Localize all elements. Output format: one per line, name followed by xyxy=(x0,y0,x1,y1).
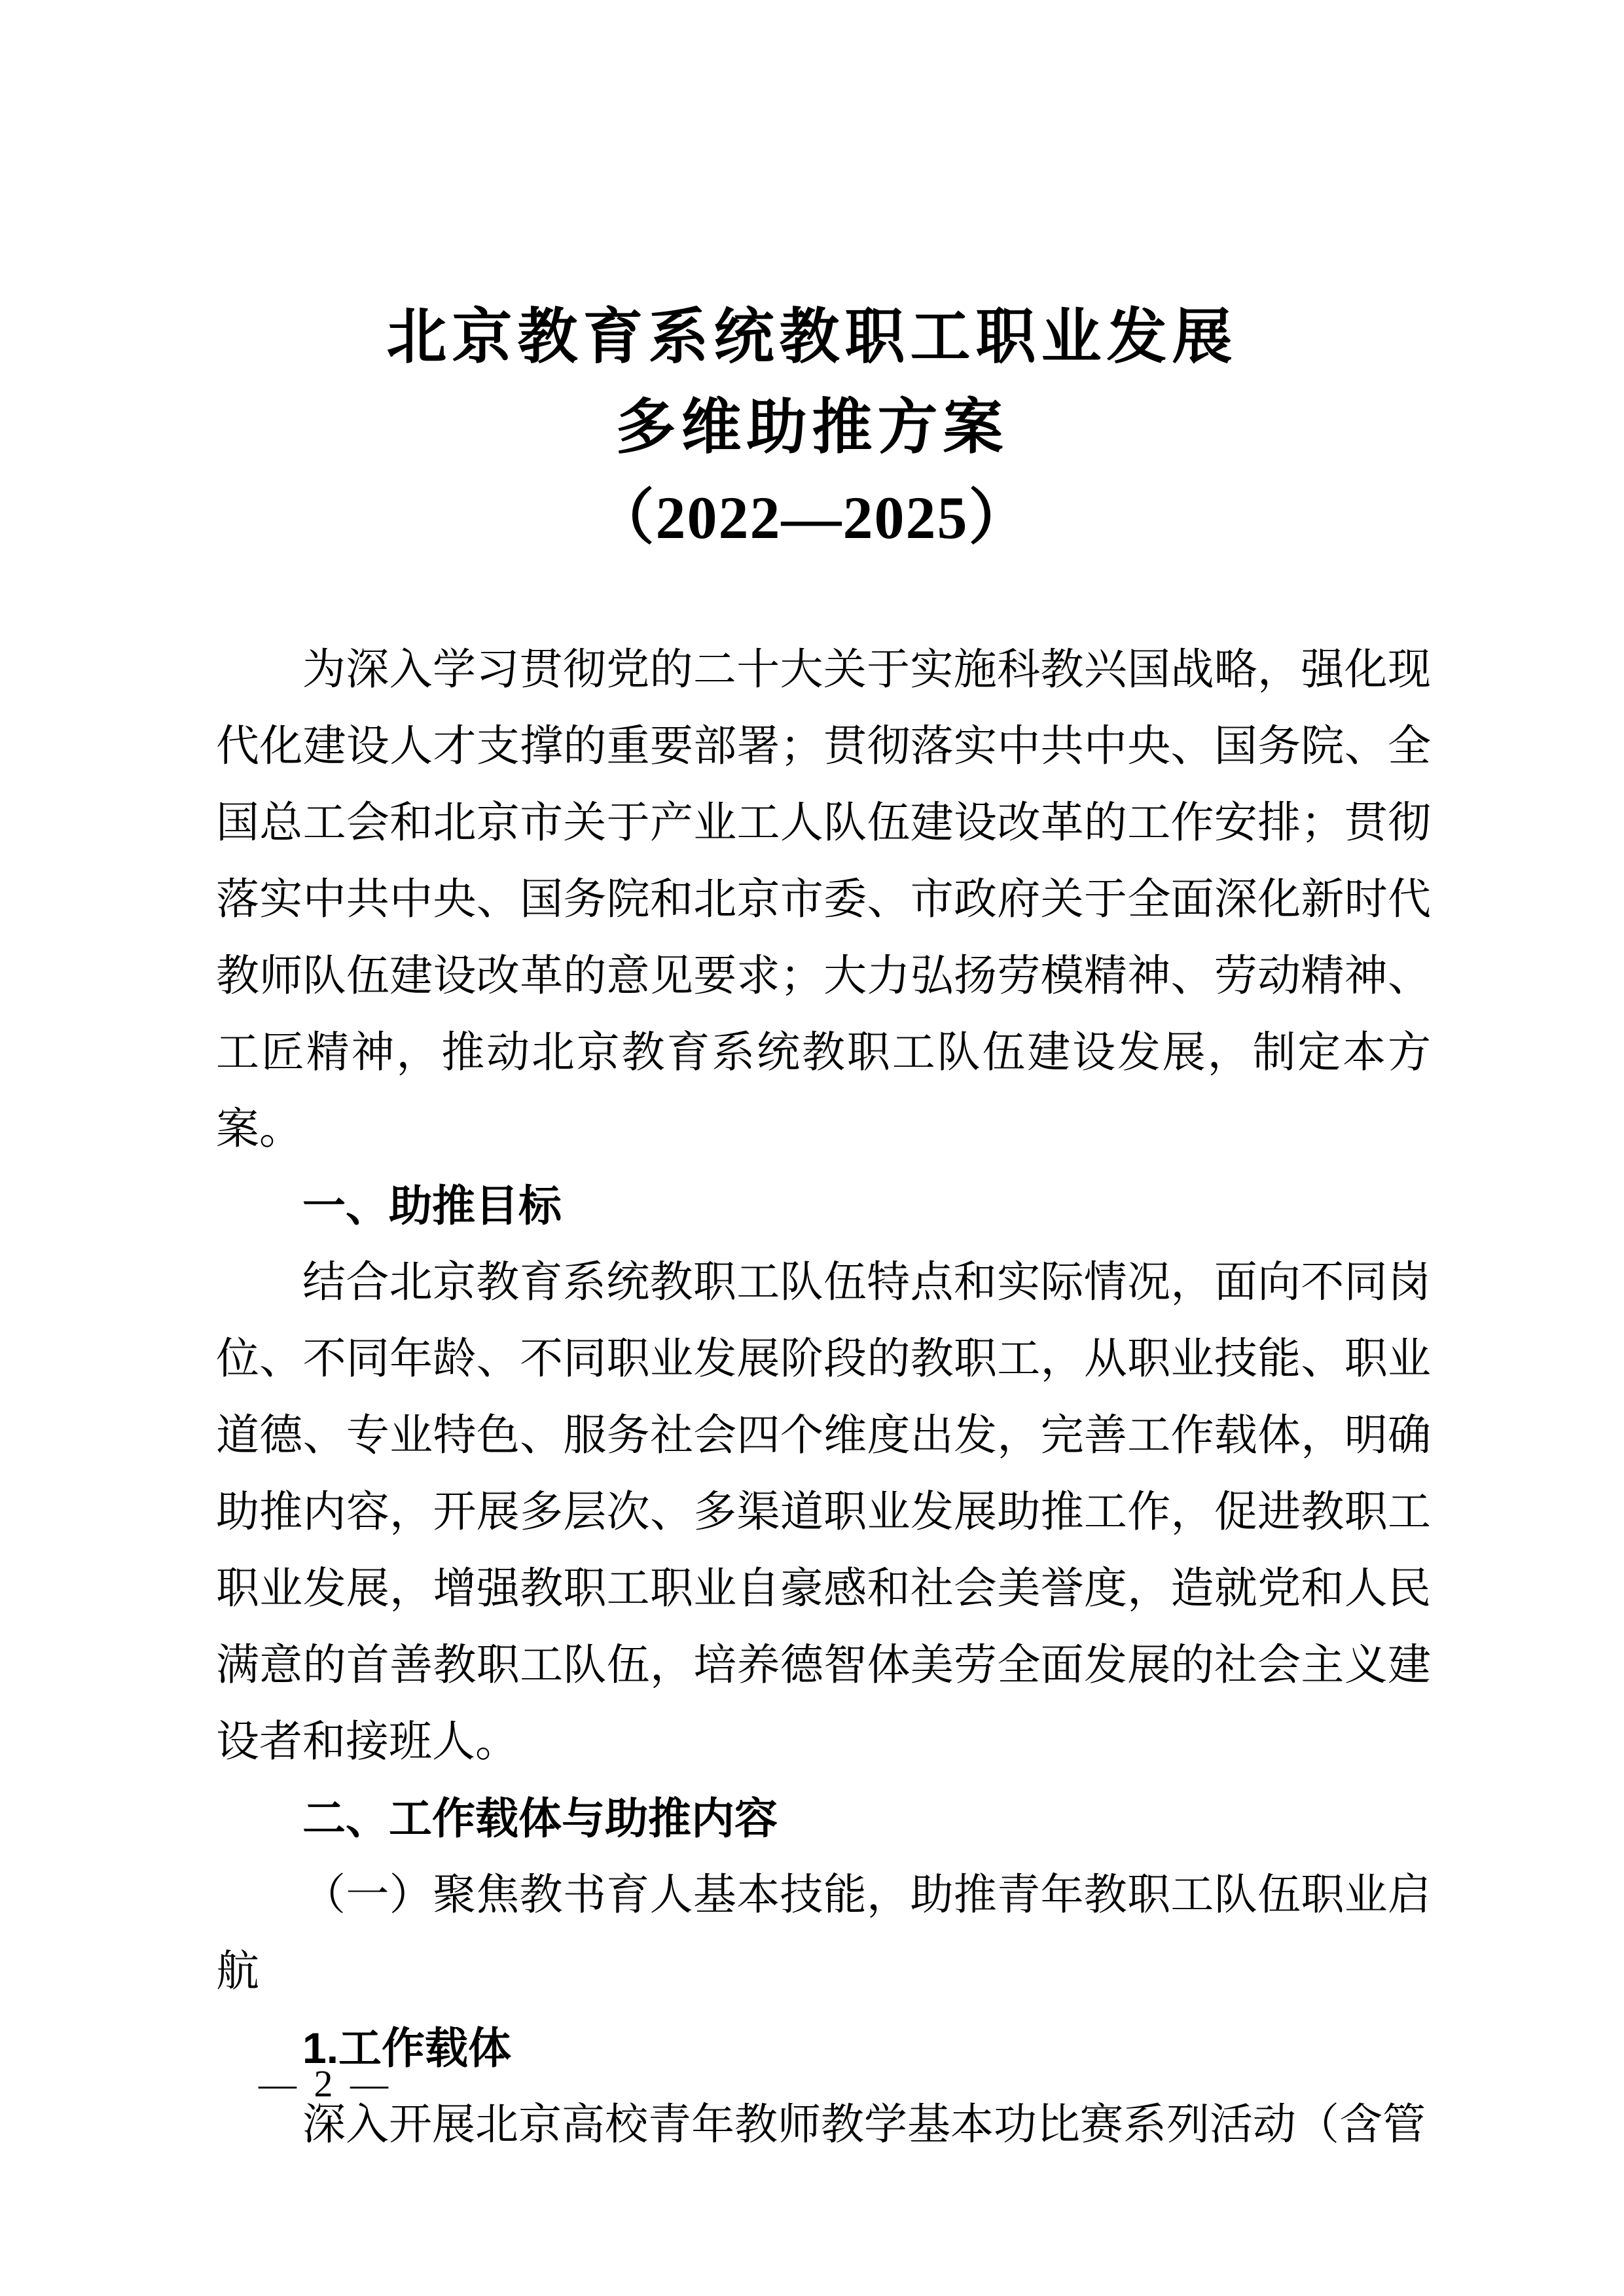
heading-subsection-1: （一）聚焦教书育人基本技能，助推青年教职工队伍职业启航 xyxy=(216,1857,1431,2010)
document-body: 为深入学习贯彻党的二十大关于实施科教兴国战略，强化现代化建设人才支撑的重要部署；… xyxy=(216,632,1431,2163)
document-title-block: 北京教育系统教职工职业发展 多维助推方案 （2022—2025） xyxy=(0,0,1624,563)
heading-section-2-work-content: 二、工作载体与助推内容 xyxy=(216,1780,1431,1857)
title-year-range: （2022—2025） xyxy=(0,473,1624,563)
paragraph-activity: 深入开展北京高校青年教师教学基本功比赛系列活动（含管 xyxy=(216,2087,1431,2163)
title-line-1: 北京教育系统教职工职业发展 xyxy=(0,292,1624,382)
title-line-2: 多维助推方案 xyxy=(0,382,1624,473)
document-page: 北京教育系统教职工职业发展 多维助推方案 （2022—2025） 为深入学习贯彻… xyxy=(0,0,1624,2296)
heading-section-1-goals: 一、助推目标 xyxy=(216,1168,1431,1244)
paragraph-preamble: 为深入学习贯彻党的二十大关于实施科教兴国战略，强化现代化建设人才支撑的重要部署；… xyxy=(216,632,1431,1168)
page-number: — 2 — xyxy=(259,2062,392,2106)
paragraph-goals: 结合北京教育系统教职工队伍特点和实际情况，面向不同岗位、不同年龄、不同职业发展阶… xyxy=(216,1244,1431,1780)
heading-work-carrier: 1.工作载体 xyxy=(216,2010,1431,2087)
